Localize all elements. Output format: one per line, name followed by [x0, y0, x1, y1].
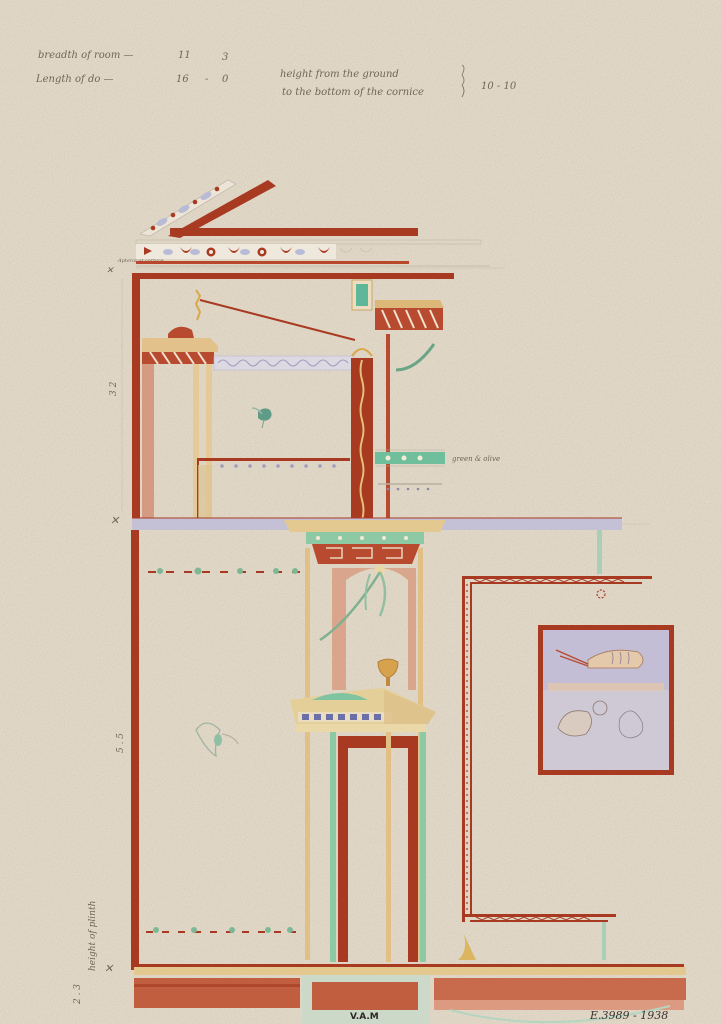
museum-stamp: V.A.M	[350, 1012, 379, 1022]
x-mark-top: ✕	[106, 266, 114, 276]
side-note: green & olive	[452, 455, 500, 463]
breadth-label: breadth of room —	[38, 50, 133, 61]
accession-number: E.3989 - 1938	[589, 1009, 668, 1022]
still-life-panel	[538, 625, 674, 775]
plinth-label: height of plinth	[88, 901, 98, 971]
height-note-line2: to the bottom of the cornice	[282, 87, 424, 98]
upper-zone-height: 3 2	[109, 381, 119, 396]
length-feet: 16	[176, 74, 189, 85]
drawing-sheet: breadth of room — 11 3 Length of do — 16…	[0, 0, 721, 1024]
plinth-value: 2 . 3	[73, 984, 83, 1005]
middle-zone-height: 5 . 5	[116, 733, 126, 753]
height-note-line1: height from the ground	[280, 69, 399, 80]
length-inches: 0	[222, 74, 229, 85]
elevation-drawing: breadth of room — 11 3 Length of do — 16…	[0, 0, 721, 1024]
height-value: 10 - 10	[481, 81, 517, 92]
x-mark-bottom: ✕	[104, 962, 114, 975]
x-mark-middle: ✕	[110, 514, 120, 527]
breadth-feet: 11	[178, 50, 191, 61]
length-label: Length of do —	[35, 74, 114, 85]
breadth-inches: 3	[222, 52, 228, 63]
